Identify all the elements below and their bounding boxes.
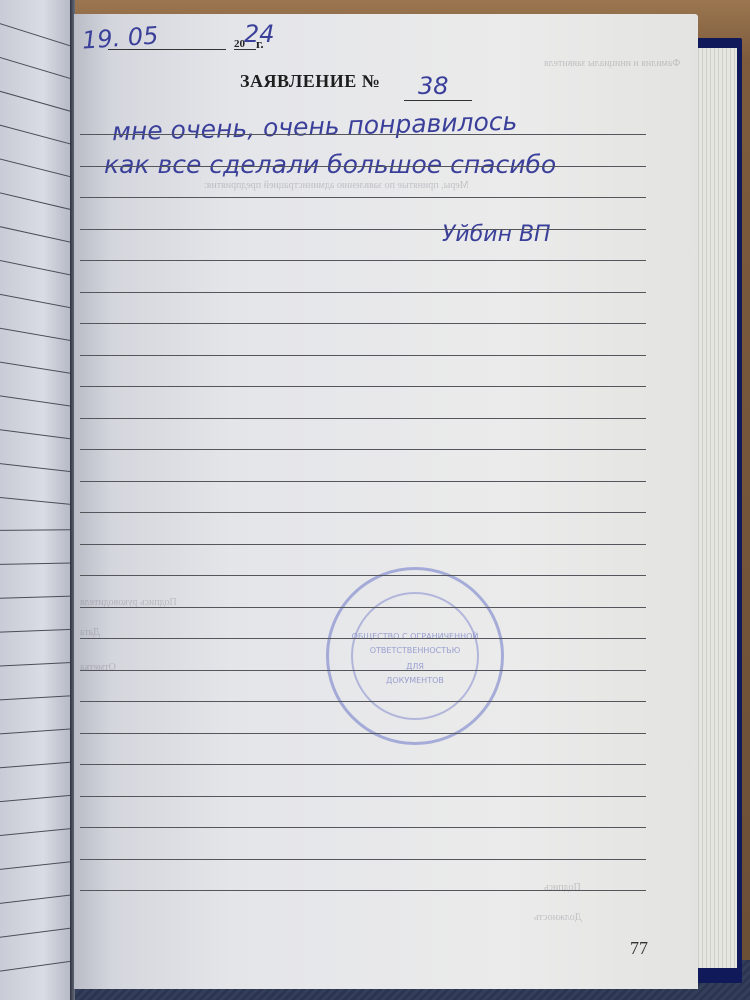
page-edges xyxy=(695,48,737,968)
ruled-line xyxy=(80,544,646,545)
left-page xyxy=(0,0,72,1000)
left-ruled-line xyxy=(0,326,72,343)
ruled-line xyxy=(80,355,646,356)
ruled-line xyxy=(80,733,646,734)
ruled-line xyxy=(80,449,646,450)
ruled-line xyxy=(80,260,646,261)
handwritten-number: 38 xyxy=(418,72,449,100)
left-ruled-line xyxy=(0,562,72,565)
stamp-text: ОБЩЕСТВО С ОГРАНИЧЕННОЙ xyxy=(329,632,501,641)
ruled-line xyxy=(80,229,646,230)
ruled-line xyxy=(80,323,646,324)
round-stamp: ОБЩЕСТВО С ОГРАНИЧЕННОЙ ОТВЕТСТВЕННОСТЬЮ… xyxy=(326,567,504,745)
left-ruled-line xyxy=(0,628,72,633)
left-ruled-line xyxy=(0,827,72,837)
left-ruled-line xyxy=(0,360,72,375)
left-ruled-line xyxy=(0,122,72,147)
ruled-line xyxy=(80,638,646,639)
bleed-through-text: Отметка xyxy=(80,662,116,673)
handwritten-signature: Уйбин ВП xyxy=(442,222,551,247)
year-underline xyxy=(234,49,256,50)
ruled-line xyxy=(80,890,646,891)
bleed-through-text: Фамилия и инициалы заявителя xyxy=(544,58,680,69)
ruled-line xyxy=(80,859,646,860)
left-ruled-line xyxy=(0,88,72,114)
bleed-through-text: Меры, принятые по заявлению администраци… xyxy=(204,180,469,191)
ruled-line xyxy=(80,607,646,608)
left-ruled-line xyxy=(0,926,72,939)
left-ruled-line xyxy=(0,496,72,506)
left-ruled-line xyxy=(0,761,72,769)
handwritten-line-1: мне очень, очень понравилось xyxy=(112,107,518,147)
ruled-line xyxy=(80,796,646,797)
handwritten-line-2: как все сделали большое спасибо xyxy=(104,150,556,179)
left-ruled-line xyxy=(0,54,72,81)
left-ruled-line xyxy=(0,258,72,277)
left-ruled-line xyxy=(0,428,72,441)
left-ruled-line xyxy=(0,728,72,735)
ruled-line xyxy=(80,512,646,513)
left-ruled-line xyxy=(0,794,72,803)
ruled-line xyxy=(80,481,646,482)
ruled-line xyxy=(80,575,646,576)
bleed-through-text: Должность xyxy=(534,912,582,923)
page-title: ЗАЯВЛЕНИЕ № xyxy=(240,71,380,92)
right-page: Фамилия и инициалы заявителя Меры, приня… xyxy=(74,14,698,989)
left-ruled-line xyxy=(0,394,72,408)
left-ruled-line xyxy=(0,20,72,49)
bleed-through-text: Подпись xyxy=(544,882,581,893)
ruled-line xyxy=(80,418,646,419)
stamp-text: ДОКУМЕНТОВ xyxy=(329,676,501,685)
ruled-line xyxy=(80,670,646,671)
left-ruled-line xyxy=(0,595,72,599)
ruled-line xyxy=(80,764,646,765)
ruled-line xyxy=(80,827,646,828)
left-ruled-line xyxy=(0,893,72,905)
left-ruled-line xyxy=(0,190,72,212)
ruled-line xyxy=(80,166,646,167)
ruled-line xyxy=(80,197,646,198)
ruled-line xyxy=(80,386,646,387)
handwritten-date: 19. 05 xyxy=(81,21,159,54)
ruled-line xyxy=(80,292,646,293)
number-underline xyxy=(404,100,472,101)
left-ruled-line xyxy=(0,224,72,245)
left-ruled-line xyxy=(0,860,72,871)
left-ruled-line xyxy=(0,292,72,310)
left-ruled-line xyxy=(0,156,72,179)
ruled-line xyxy=(80,134,646,135)
left-ruled-line xyxy=(0,462,72,473)
left-ruled-line xyxy=(0,662,72,667)
bleed-through-text: Дата xyxy=(80,627,100,638)
page-number: 77 xyxy=(630,938,648,959)
year-suffix: г. xyxy=(256,36,264,52)
left-ruled-line xyxy=(0,695,72,701)
left-ruled-line xyxy=(0,959,72,973)
left-ruled-line xyxy=(0,529,72,531)
ruled-line xyxy=(80,701,646,702)
stamp-text: ОТВЕТСТВЕННОСТЬЮ xyxy=(329,646,501,655)
